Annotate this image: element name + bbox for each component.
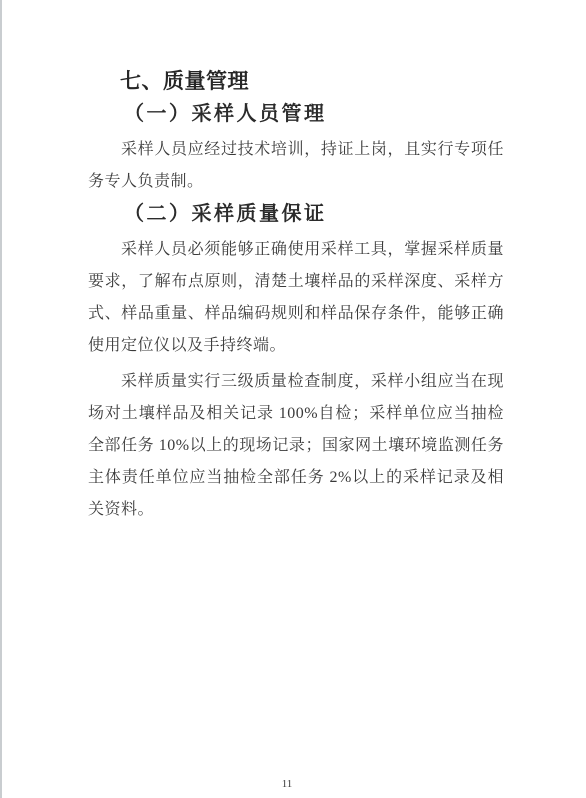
subsection-heading-sampling-quality: （二）采样质量保证	[88, 198, 504, 230]
subsection-heading-sampling-personnel: （一）采样人员管理	[88, 98, 504, 130]
paragraph-sampling-tools: 采样人员必须能够正确使用采样工具，掌握采样质量要求，了解布点原则，清楚土壤样品的…	[88, 234, 504, 362]
document-page: 七、质量管理 （一）采样人员管理 采样人员应经过技术培训，持证上岗，且实行专项任…	[0, 0, 586, 798]
page-number: 11	[0, 777, 574, 791]
section-heading: 七、质量管理	[88, 66, 504, 98]
document-content: 七、质量管理 （一）采样人员管理 采样人员应经过技术培训，持证上岗，且实行专项任…	[88, 66, 504, 526]
paragraph-personnel-training: 采样人员应经过技术培训，持证上岗，且实行专项任务专人负责制。	[88, 134, 504, 198]
page-left-edge-line	[0, 0, 2, 798]
paragraph-quality-inspection: 采样质量实行三级质量检查制度，采样小组应当在现场对土壤样品及相关记录 100%自…	[88, 366, 504, 526]
